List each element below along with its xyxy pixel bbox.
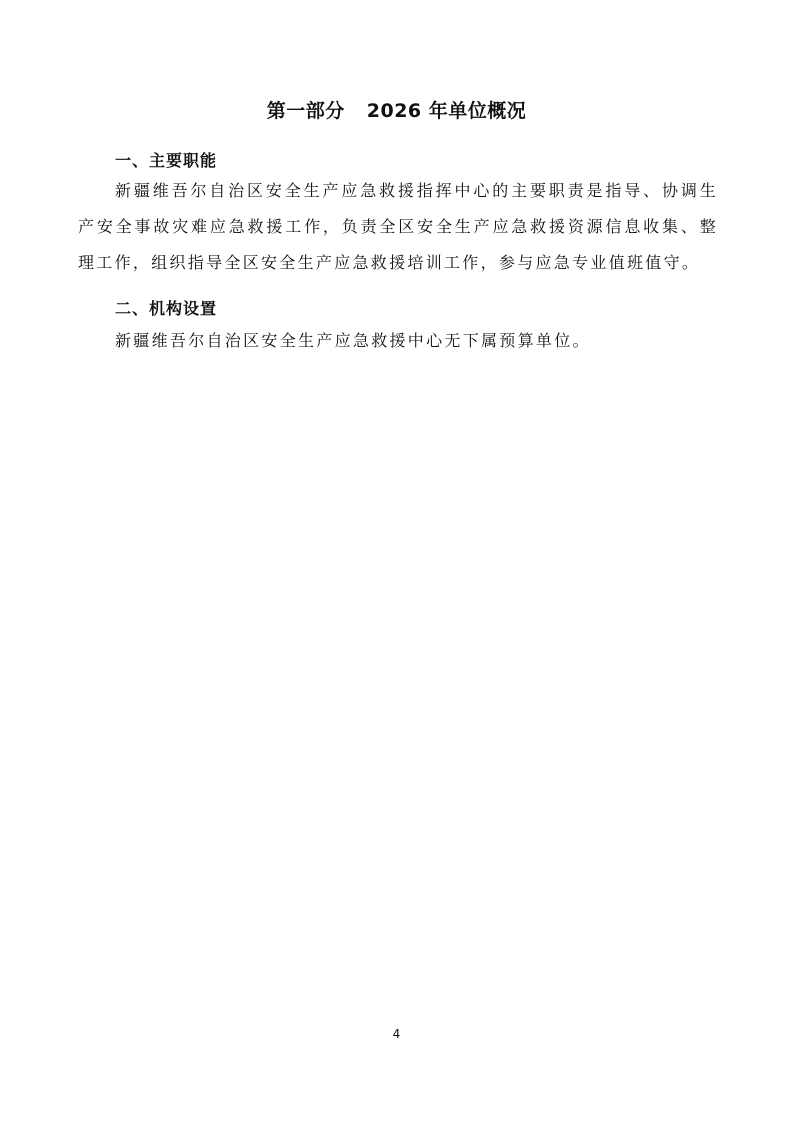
section-heading-organization: 二、机构设置 — [115, 296, 217, 319]
title-main: 2026 年单位概况 — [367, 100, 527, 122]
section-paragraph-organization: 新疆维吾尔自治区安全生产应急救援中心无下属预算单位。 — [78, 323, 718, 359]
title-part: 第一部分 — [267, 100, 345, 122]
section-paragraph-functions: 新疆维吾尔自治区安全生产应急救援指挥中心的主要职责是指导、协调生产安全事故灾难应… — [78, 173, 718, 281]
page-number: 4 — [0, 1027, 793, 1041]
page-title: 第一部分2026 年单位概况 — [0, 96, 793, 123]
section-heading-functions: 一、主要职能 — [115, 148, 217, 171]
